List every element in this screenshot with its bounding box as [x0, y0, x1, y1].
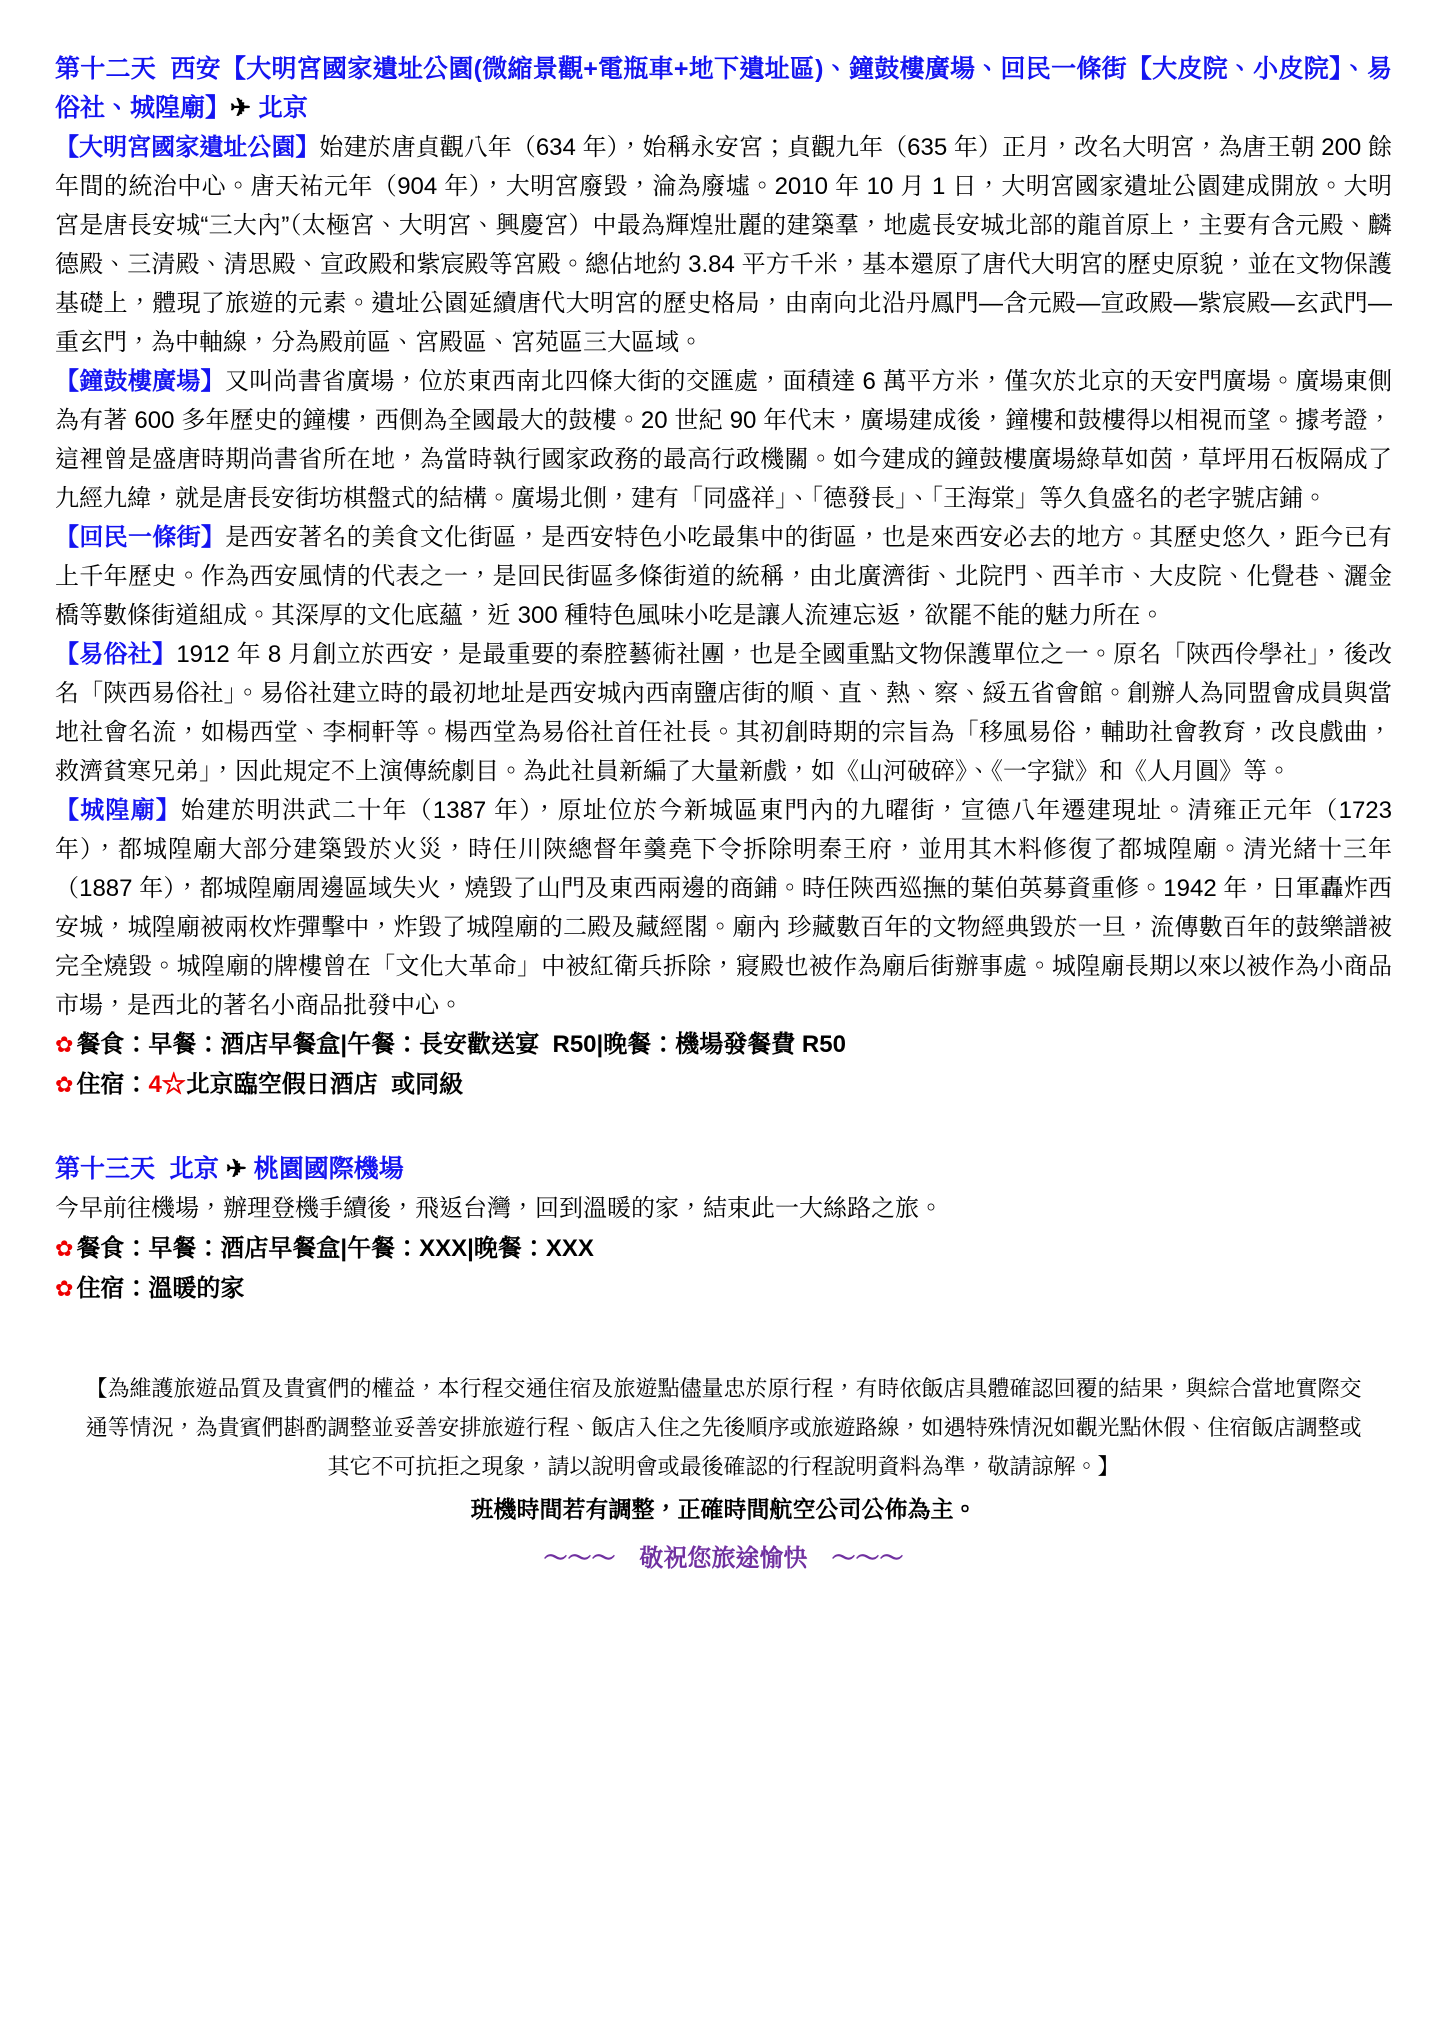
section-daminggong-park: 【大明宮國家遺址公園】始建於唐貞觀八年（634 年），始稱永安宮；貞觀九年（63… — [55, 128, 1392, 362]
day12-title: 第十二天 西安【大明宮國家遺址公園(微縮景觀+電瓶車+地下遺址區)、鐘鼓樓廣場、… — [55, 50, 1392, 128]
itinerary-page: 第十二天 西安【大明宮國家遺址公園(微縮景觀+電瓶車+地下遺址區)、鐘鼓樓廣場、… — [0, 0, 1440, 2037]
section-body-bell-drum: 又叫尚書省廣場，位於東西南北四條大街的交匯處，面積達 6 萬平方米，僅次於北京的… — [55, 368, 1392, 512]
section-label-yisushe: 【易俗社】 — [55, 641, 176, 668]
flower-icon: ✿ — [55, 1032, 73, 1057]
section-yisushe: 【易俗社】1912 年 8 月創立於西安，是最重要的秦腔藝術社團，也是全國重點文… — [55, 635, 1392, 791]
section-body-city-god-temple: 始建於明洪武二十年（1387 年），原址位於今新城區東門內的九曜街，宣德八年遷建… — [55, 797, 1392, 1019]
section-bell-drum-tower-square: 【鐘鼓樓廣場】又叫尚書省廣場，位於東西南北四條大街的交匯處，面積達 6 萬平方米… — [55, 362, 1392, 518]
flower-icon: ✿ — [55, 1276, 73, 1301]
flower-icon: ✿ — [55, 1072, 73, 1097]
day12-hotel-prefix: 住宿： — [76, 1071, 148, 1098]
day13-meals-line: ✿餐食：早餐：酒店早餐盒|午餐：XXX|晚餐：XXX — [55, 1229, 1392, 1269]
day13-description: 今早前往機場，辦理登機手續後，飛返台灣，回到溫暖的家，結束此一大絲路之旅。 — [55, 1189, 1392, 1229]
section-muslim-street: 【回民一條街】是西安著名的美食文化街區，是西安特色小吃最集中的街區，也是來西安必… — [55, 518, 1392, 635]
section-label-city-god-temple: 【城隍廟】 — [55, 797, 181, 824]
section-label-muslim-street: 【回民一條街】 — [55, 524, 225, 551]
day13-title-text: 第十三天 北京 — [55, 1155, 226, 1183]
day13-meals-text: 餐食：早餐：酒店早餐盒|午餐：XXX|晚餐：XXX — [76, 1235, 593, 1262]
hotel-star-rating: 4☆ — [148, 1071, 185, 1098]
day13-title: 第十三天 北京 ✈ 桃園國際機場 — [55, 1150, 1392, 1189]
day12-meals-text: 餐食：早餐：酒店早餐盒|午餐：長安歡送宴 R50|晚餐：機場發餐費 R50 — [76, 1031, 846, 1058]
day12-hotel-line: ✿住宿：4☆北京臨空假日酒店 或同級 — [55, 1065, 1392, 1105]
airplane-icon: ✈ — [226, 1155, 247, 1183]
section-city-god-temple: 【城隍廟】始建於明洪武二十年（1387 年），原址位於今新城區東門內的九曜街，宣… — [55, 791, 1392, 1025]
footer: 【為維護旅遊品質及貴賓們的權益，本行程交通住宿及旅遊點儘量忠於原行程，有時依飯店… — [55, 1369, 1392, 1577]
day13-block: 第十三天 北京 ✈ 桃園國際機場 今早前往機場，辦理登機手續後，飛返台灣，回到溫… — [55, 1150, 1392, 1309]
day13-hotel-text: 住宿：溫暖的家 — [76, 1275, 244, 1302]
section-body-daminggong: 始建於唐貞觀八年（634 年），始稱永安宮；貞觀九年（635 年）正月，改名大明… — [55, 134, 1392, 356]
section-body-muslim-street: 是西安著名的美食文化街區，是西安特色小吃最集中的街區，也是來西安必去的地方。其歷… — [55, 524, 1392, 629]
day13-title-destination: 桃園國際機場 — [247, 1155, 404, 1183]
airplane-icon: ✈ — [230, 94, 251, 122]
day12-meals-line: ✿餐食：早餐：酒店早餐盒|午餐：長安歡送宴 R50|晚餐：機場發餐費 R50 — [55, 1025, 1392, 1065]
day13-hotel-line: ✿住宿：溫暖的家 — [55, 1269, 1392, 1309]
section-body-yisushe: 1912 年 8 月創立於西安，是最重要的秦腔藝術社團，也是全國重點文物保護單位… — [55, 641, 1392, 785]
day12-title-destination: 北京 — [251, 94, 308, 122]
flower-icon: ✿ — [55, 1236, 73, 1261]
section-label-daminggong: 【大明宮國家遺址公園】 — [55, 134, 319, 161]
day12-hotel-name: 北京臨空假日酒店 或同級 — [186, 1071, 463, 1098]
footer-wish: ～～～ 敬祝您旅途愉快 ～～～ — [55, 1541, 1392, 1577]
footer-notice: 【為維護旅遊品質及貴賓們的權益，本行程交通住宿及旅遊點儘量忠於原行程，有時依飯店… — [55, 1369, 1392, 1486]
footer-flight-note: 班機時間若有調整，正確時間航空公司公佈為主。 — [55, 1489, 1392, 1529]
section-label-bell-drum: 【鐘鼓樓廣場】 — [55, 368, 225, 395]
